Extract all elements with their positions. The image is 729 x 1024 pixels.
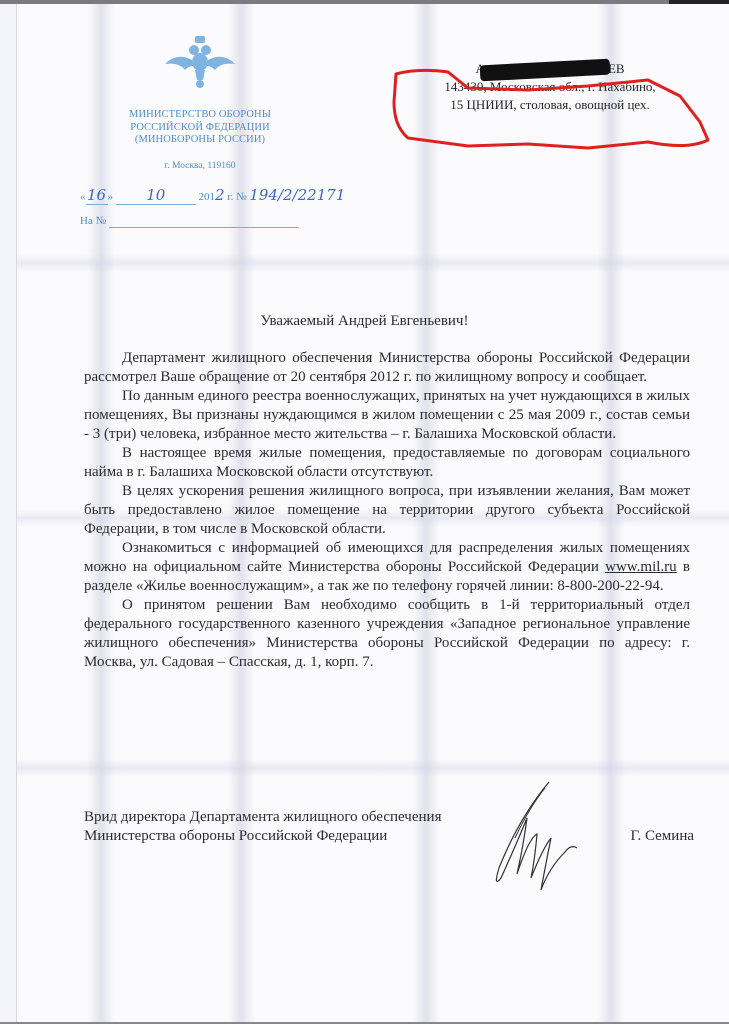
paragraph: По данным единого реестра военнослужащих… bbox=[84, 387, 690, 444]
letter-body: Департамент жилищного обеспечения Минист… bbox=[84, 349, 690, 672]
paper-fold bbox=[17, 759, 729, 777]
paper-fold bbox=[17, 254, 729, 272]
paragraph: Департамент жилищного обеспечения Минист… bbox=[84, 349, 690, 387]
signatory-title-line: Министерства обороны Российской Федераци… bbox=[84, 827, 694, 846]
org-city: г. Москва, 119160 bbox=[100, 161, 300, 171]
paragraph: В целях ускорения решения жилищного вопр… bbox=[84, 482, 690, 539]
paragraph: О принятом решении Вам необходимо сообщи… bbox=[84, 596, 690, 672]
org-name-line: РОССИЙСКОЙ ФЕДЕРАЦИИ bbox=[100, 122, 300, 135]
website-link[interactable]: www.mil.ru bbox=[605, 559, 677, 575]
date-day: 16 bbox=[86, 186, 108, 205]
red-outline-annotation bbox=[388, 66, 718, 156]
org-name-line: МИНИСТЕРСТВО ОБОРОНЫ bbox=[100, 109, 300, 122]
double-headed-eagle-emblem-icon bbox=[165, 36, 235, 88]
number-label: г. № bbox=[227, 191, 246, 203]
reply-number bbox=[109, 215, 299, 228]
letterhead: МИНИСТЕРСТВО ОБОРОНЫ РОССИЙСКОЙ ФЕДЕРАЦИ… bbox=[100, 36, 300, 171]
signatory-name: Г. Семина bbox=[630, 827, 694, 846]
date-number-block: «16» 10 2012 г. № 194/2/22171 На № bbox=[80, 186, 420, 228]
date-month: 10 bbox=[116, 186, 196, 205]
salutation: Уважаемый Андрей Евгеньевич! bbox=[0, 313, 729, 330]
paragraph: В настоящее время жилые помещения, предо… bbox=[84, 444, 690, 482]
signatory-title-line: Врид директора Департамента жилищного об… bbox=[84, 808, 694, 827]
signature-block: Врид директора Департамента жилищного об… bbox=[84, 808, 694, 846]
reply-label: На № bbox=[80, 215, 106, 227]
quote-close: » bbox=[108, 191, 114, 203]
org-name-line: (МИНОБОРОНЫ РОССИИ) bbox=[100, 134, 300, 147]
year-suffix: 2 bbox=[215, 186, 225, 204]
handwritten-signature-icon bbox=[479, 778, 579, 898]
paragraph-info: Ознакомиться с информацией об имеющихся … bbox=[84, 539, 690, 596]
year-prefix: 201 bbox=[199, 191, 216, 203]
document-number: 194/2/22171 bbox=[249, 186, 345, 204]
